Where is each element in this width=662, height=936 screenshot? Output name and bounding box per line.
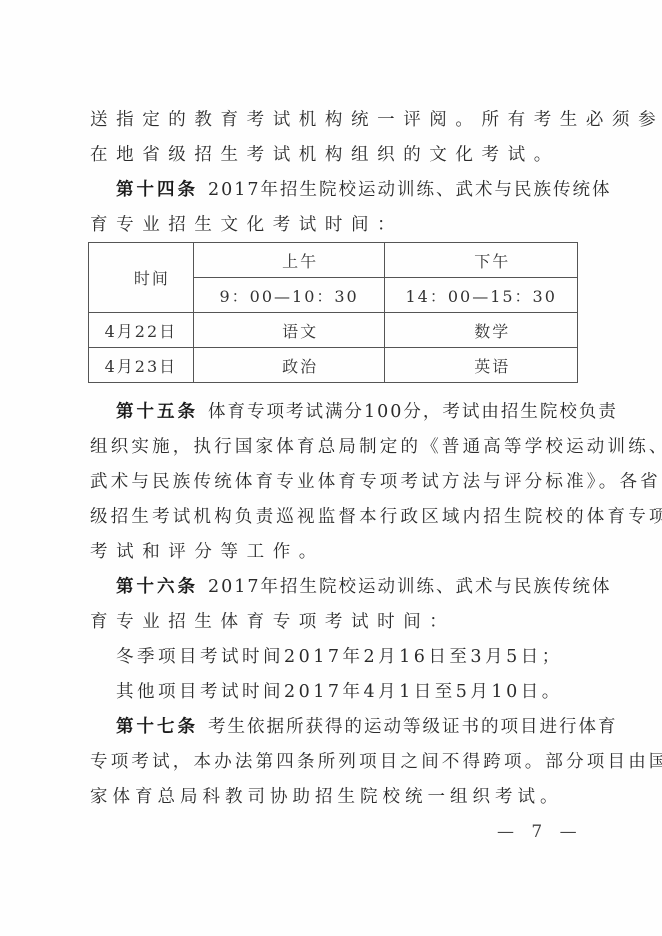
article-14-text: 2017年招生院校运动训练、武术与民族传统体: [208, 180, 612, 200]
pm-subject-cell: 英语: [385, 348, 578, 383]
table-row: 4月23日 政治 英语: [89, 348, 578, 383]
article-16-label: 第十六条: [116, 577, 198, 597]
article-16-line: 其他项目考试时间2017年4月1日至5月10日。: [116, 675, 578, 710]
date-cell: 4月22日: [89, 313, 194, 348]
article-14-first-line: 第十四条2017年招生院校运动训练、武术与民族传统体: [116, 173, 578, 208]
header-pm-cell: 下午: [385, 243, 578, 278]
pm-time-cell: 14：00—15：30: [385, 278, 578, 313]
article-14-line: 育专业招生文化考试时间：: [90, 208, 578, 243]
article-15-label: 第十五条: [116, 402, 198, 422]
exam-schedule-table: 时间 上午 下午 9：00—10：30 14：00—15：30 4月22日 语文…: [88, 242, 578, 383]
article-15-line: 考试和评分等工作。: [90, 535, 578, 570]
article-15-line: 级招生考试机构负责巡视监督本行政区域内招生院校的体育专项: [90, 500, 578, 535]
article-17-line: 专项考试，本办法第四条所列项目之间不得跨项。部分项目由国: [90, 745, 578, 780]
table-header-row: 时间 上午 下午: [89, 243, 578, 278]
table-row: 4月22日 语文 数学: [89, 313, 578, 348]
am-time-cell: 9：00—10：30: [193, 278, 385, 313]
article-16-line: 育专业招生体育专项考试时间：: [90, 605, 578, 640]
article-17-line: 家体育总局科教司协助招生院校统一组织考试。: [90, 780, 578, 815]
paragraph-line: 送指定的教育考试机构统一评阅。所有考生必须参加高考报名所: [90, 103, 578, 138]
page-number: — 7 —: [497, 822, 583, 842]
article-15-line: 武术与民族传统体育专业体育专项考试方法与评分标准》。各省: [90, 465, 578, 500]
date-cell: 4月23日: [89, 348, 194, 383]
article-16-first-line: 第十六条2017年招生院校运动训练、武术与民族传统体: [116, 570, 578, 605]
article-14-label: 第十四条: [116, 180, 198, 200]
header-am-cell: 上午: [193, 243, 385, 278]
article-16-line: 冬季项目考试时间2017年2月16日至3月5日；: [116, 640, 578, 675]
article-17-label: 第十七条: [116, 717, 198, 737]
article-16-text: 2017年招生院校运动训练、武术与民族传统体: [208, 577, 612, 597]
article-17-first-line: 第十七条考生依据所获得的运动等级证书的项目进行体育: [116, 710, 578, 745]
document-page: 送指定的教育考试机构统一评阅。所有考生必须参加高考报名所 在地省级招生考试机构组…: [0, 0, 662, 936]
article-17-text: 考生依据所获得的运动等级证书的项目进行体育: [208, 717, 618, 737]
am-subject-cell: 语文: [193, 313, 385, 348]
article-15-text: 体育专项考试满分100分，考试由招生院校负责: [208, 402, 618, 422]
pm-subject-cell: 数学: [385, 313, 578, 348]
header-time-cell: 时间: [89, 243, 194, 313]
article-15-first-line: 第十五条体育专项考试满分100分，考试由招生院校负责: [116, 395, 578, 430]
am-subject-cell: 政治: [193, 348, 385, 383]
article-15-line: 组织实施，执行国家体育总局制定的《普通高等学校运动训练、: [90, 430, 578, 465]
paragraph-line: 在地省级招生考试机构组织的文化考试。: [90, 138, 578, 173]
